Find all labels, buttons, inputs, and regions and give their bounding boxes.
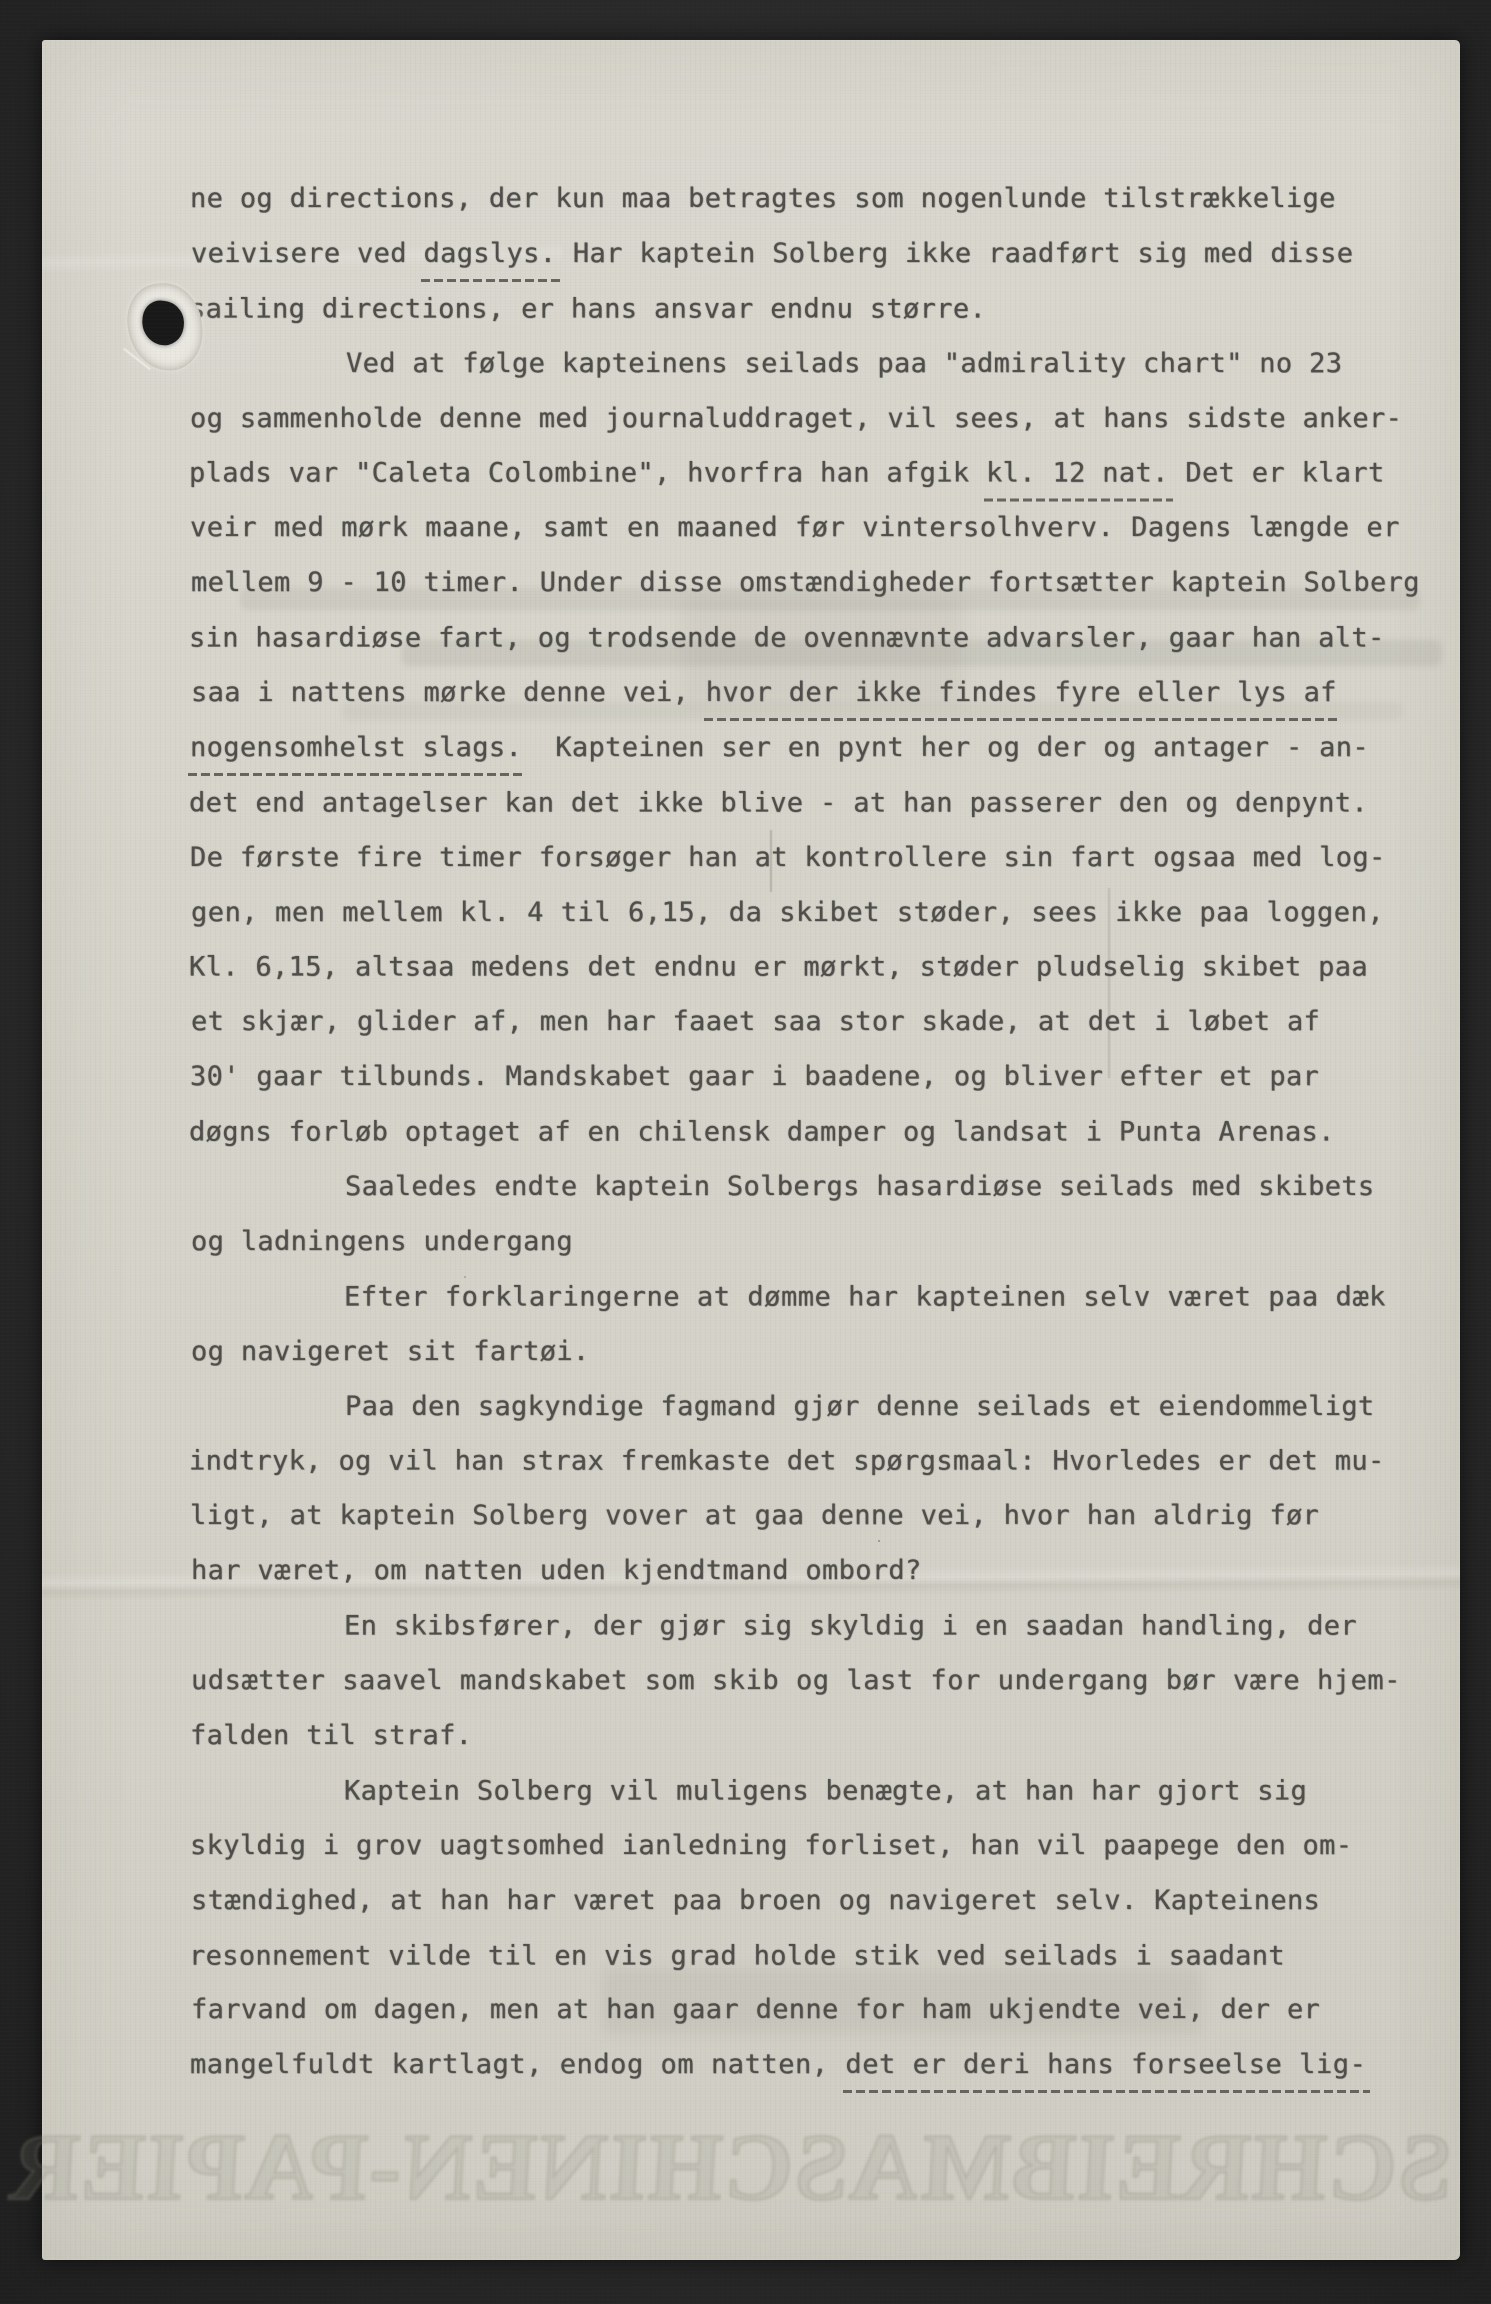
typed-line: veivisere ved dagslys. Har kaptein Solbe… [191,227,1461,282]
typed-line: ligt, at kaptein Solberg vover at gaa de… [190,1489,1460,1544]
typed-line: sailing directions, er hans ansvar endnu… [189,282,1459,337]
dashed-underlined-text: hvor der ikke findes fyre eller lys af [706,677,1337,708]
typed-line: Ved at følge kapteinens seilads paa "adm… [191,337,1461,392]
typed-line: og ladningens undergang [191,1215,1461,1270]
typed-line: Saaledes endte kaptein Solbergs hasardiø… [190,1160,1460,1215]
typed-line: gen, men mellem kl. 4 til 6,15, da skibe… [191,886,1461,941]
typed-text-block: ne og directions, der kun maa betragtes … [190,172,1460,2093]
dashed-underlined-text: nogensomhelst slags. [190,732,522,763]
typed-line: veir med mørk maane, samt en maaned før … [190,501,1460,556]
typed-line: De første fire timer forsøger han at kon… [190,831,1460,886]
dashed-underlined-text: dagslys. [423,238,556,269]
typed-line: ne og directions, der kun maa betragtes … [190,172,1460,227]
paper-watermark-text: SCHREIBMASCHINEN-PAPIER [59,2112,1455,2222]
typed-line: Efter forklaringerne at dømme har kaptei… [189,1270,1459,1325]
typed-line: mangelfuldt kartlagt, endog om natten, d… [190,2038,1460,2093]
typed-line: sin hasardiøse fart, og trodsende de ove… [189,612,1459,667]
typed-line: mellem 9 - 10 timer. Under disse omstænd… [191,556,1461,611]
typed-line: skyldig i grov uagtsomhed ianledning for… [190,1819,1460,1874]
typed-line: Kaptein Solberg vil muligens benægte, at… [189,1764,1459,1819]
typed-line: indtryk, og vil han strax fremkaste det … [189,1435,1459,1490]
paper-sheet: ne og directions, der kun maa betragtes … [42,40,1460,2260]
typed-line: En skibsfører, der gjør sig skyldig i en… [189,1600,1459,1655]
typed-line: Paa den sagkyndige fagmand gjør denne se… [190,1380,1460,1435]
typed-line: farvand om dagen, men at han gaar denne … [191,1983,1461,2038]
scan-background: ne og directions, der kun maa betragtes … [0,0,1491,2304]
typed-line: saa i nattens mørke denne vei, hvor der … [191,666,1461,721]
typed-line: og navigeret sit fartøi. [191,1325,1461,1380]
typed-line: og sammenholde denne med journaluddraget… [190,392,1460,447]
typed-line: det end antagelser kan det ikke blive - … [189,776,1459,831]
typed-line: 30' gaar tilbunds. Mandskabet gaar i baa… [190,1050,1460,1105]
typed-line: plads var "Caleta Colombine", hvorfra ha… [189,447,1459,502]
typed-line: nogensomhelst slags. Kapteinen ser en py… [190,721,1460,776]
typed-line: falden til straf. [190,1709,1460,1764]
typed-line: udsætter saavel mandskabet som skib og l… [191,1654,1461,1709]
dashed-underlined-text: kl. 12 nat. [986,458,1169,489]
typed-line: et skjær, glider af, men har faaet saa s… [191,995,1461,1050]
typed-line: stændighed, at han har været paa broen o… [191,1874,1461,1929]
typed-line: resonnement vilde til en vis grad holde … [189,1929,1459,1984]
dashed-underlined-text: det er deri hans forseelse lig- [845,2049,1366,2080]
typed-line: har været, om natten uden kjendtmand omb… [191,1544,1461,1599]
typed-line: Kl. 6,15, altsaa medens det endnu er mør… [189,941,1459,996]
typed-line: døgns forløb optaget af en chilensk damp… [189,1106,1459,1161]
